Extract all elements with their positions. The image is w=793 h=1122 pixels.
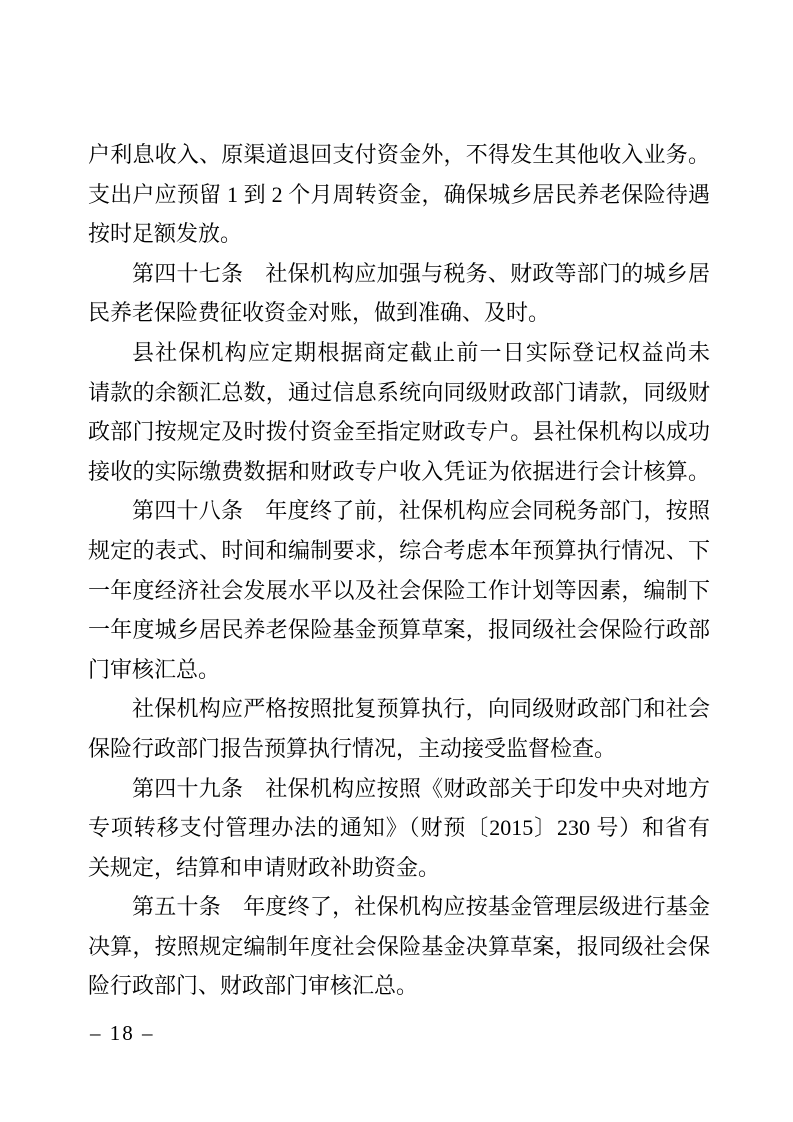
text-line: 按时足额发放。 <box>88 214 710 254</box>
text-line: 政部门按规定及时拨付资金至指定财政专户。县社保机构以成功 <box>88 412 710 452</box>
text-line: 一年度经济社会发展水平以及社会保险工作计划等因素，编制下 <box>88 571 710 611</box>
article-47-heading-line: 第四十七条 社保机构应加强与税务、财政等部门的城乡居 <box>88 254 710 294</box>
text-line: 接收的实际缴费数据和财政专户收入凭证为依据进行会计核算。 <box>88 452 710 492</box>
text-line: 关规定，结算和申请财政补助资金。 <box>88 848 710 888</box>
text-line: 决算，按照规定编制年度社会保险基金决算草案，报同级社会保 <box>88 927 710 967</box>
text-line: 专项转移支付管理办法的通知》（财预〔2015〕230 号）和省有 <box>88 808 710 848</box>
text-line: 规定的表式、时间和编制要求，综合考虑本年预算执行情况、下 <box>88 531 710 571</box>
text-line: 县社保机构应定期根据商定截止前一日实际登记权益尚未 <box>88 333 710 373</box>
text-line: 门审核汇总。 <box>88 650 710 690</box>
article-50-heading-line: 第五十条 年度终了，社保机构应按基金管理层级进行基金 <box>88 887 710 927</box>
document-body: 户利息收入、原渠道退回支付资金外，不得发生其他收入业务。 支出户应预留 1 到 … <box>88 135 710 1006</box>
text-line: 保险行政部门报告预算执行情况，主动接受监督检查。 <box>88 729 710 769</box>
text-line: 支出户应预留 1 到 2 个月周转资金，确保城乡居民养老保险待遇 <box>88 175 710 215</box>
text-line: 险行政部门、财政部门审核汇总。 <box>88 966 710 1006</box>
text-line: 一年度城乡居民养老保险基金预算草案，报同级社会保险行政部 <box>88 610 710 650</box>
article-48-heading-line: 第四十八条 年度终了前，社保机构应会同税务部门，按照 <box>88 491 710 531</box>
text-line: 请款的余额汇总数，通过信息系统向同级财政部门请款，同级财 <box>88 373 710 413</box>
article-49-heading-line: 第四十九条 社保机构应按照《财政部关于印发中央对地方 <box>88 769 710 809</box>
text-line: 户利息收入、原渠道退回支付资金外，不得发生其他收入业务。 <box>88 135 710 175</box>
text-line: 民养老保险费征收资金对账，做到准确、及时。 <box>88 293 710 333</box>
page-number: – 18 – <box>90 1018 155 1048</box>
document-page: 户利息收入、原渠道退回支付资金外，不得发生其他收入业务。 支出户应预留 1 到 … <box>0 0 793 1122</box>
text-line: 社保机构应严格按照批复预算执行，向同级财政部门和社会 <box>88 689 710 729</box>
